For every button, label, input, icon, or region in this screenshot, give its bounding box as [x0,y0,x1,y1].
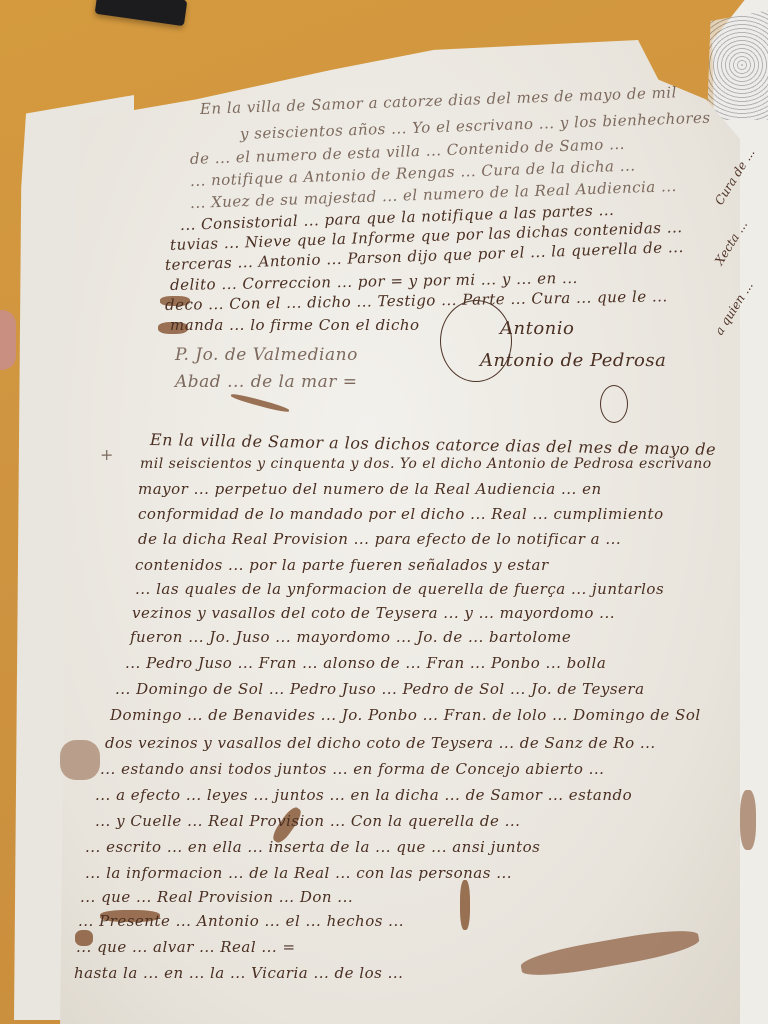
ink-stain [60,740,100,780]
manuscript-line: ... Presente ... Antonio ... el ... hech… [78,912,404,930]
manuscript-line: ... escrito ... en ella ... inserta de l… [85,838,540,856]
manuscript-line: vezinos y vasallos del coto de Teysera .… [132,604,615,622]
manuscript-line: manda ... lo firme Con el dicho [170,316,420,334]
manuscript-line: fueron ... Jo. Juso ... mayordomo ... Jo… [130,628,571,646]
manuscript-line: hasta la ... en ... la ... Vicaria ... d… [74,964,403,982]
signature-left-line-1: P. Jo. de Valmediano [175,345,358,365]
manuscript-line: contenidos ... por la parte fueren señal… [135,556,549,574]
holding-finger [0,310,16,370]
manuscript-line: dos vezinos y vasallos del dicho coto de… [105,734,656,752]
manuscript-line: ... Domingo de Sol ... Pedro Juso ... Pe… [115,680,645,698]
margin-mark-cross: + [100,445,114,464]
manuscript-line: ... que ... alvar ... Real ... = [76,938,296,956]
manuscript-line: ... y Cuelle ... Real Provision ... Con … [95,812,520,830]
manuscript-line: ... estando ansi todos juntos ... en for… [100,760,604,778]
manuscript-line: mil seiscientos y cinquenta y dos. Yo el… [140,456,712,472]
manuscript-line: Domingo ... de Benavides ... Jo. Ponbo .… [110,706,701,724]
signature-left-line-2: Abad ... de la mar = [175,372,358,392]
ink-stain [740,790,756,850]
manuscript-line: mayor ... perpetuo del numero de la Real… [138,480,602,498]
manuscript-line: ... Pedro Juso ... Fran ... alonso de ..… [125,654,606,672]
manuscript-line: ... la informacion ... de la Real ... co… [85,864,512,882]
signature-flourish [440,300,512,382]
manuscript-line: ... a efecto ... leyes ... juntos ... en… [95,786,632,804]
ink-stain [460,880,470,930]
manuscript-line: ... las quales de la ynformacion de quer… [135,580,664,598]
signature-flourish [600,385,628,423]
manuscript-line: ... que ... Real Provision ... Don ... [80,888,353,906]
manuscript-line: de la dicha Real Provision ... para efec… [138,530,621,548]
manuscript-line: conformidad de lo mandado por el dicho .… [138,505,664,523]
